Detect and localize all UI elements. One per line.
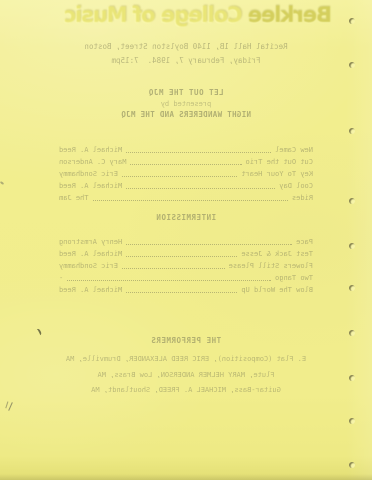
binding-hole-mark — [349, 418, 355, 424]
binding-hole-mark — [349, 198, 355, 204]
binding-hole-mark — [349, 243, 355, 249]
binding-hole-mark — [349, 375, 355, 381]
binding-hole-mark — [349, 462, 355, 468]
binding-hole-mark — [349, 128, 355, 134]
binding-holes — [0, 0, 372, 480]
scanned-paper-page: Berklee College of Music Recital Hall 1B… — [0, 0, 372, 480]
binding-hole-mark — [349, 62, 355, 68]
binding-hole-mark — [349, 285, 355, 291]
binding-hole-mark — [349, 18, 355, 24]
binding-hole-mark — [349, 330, 355, 336]
